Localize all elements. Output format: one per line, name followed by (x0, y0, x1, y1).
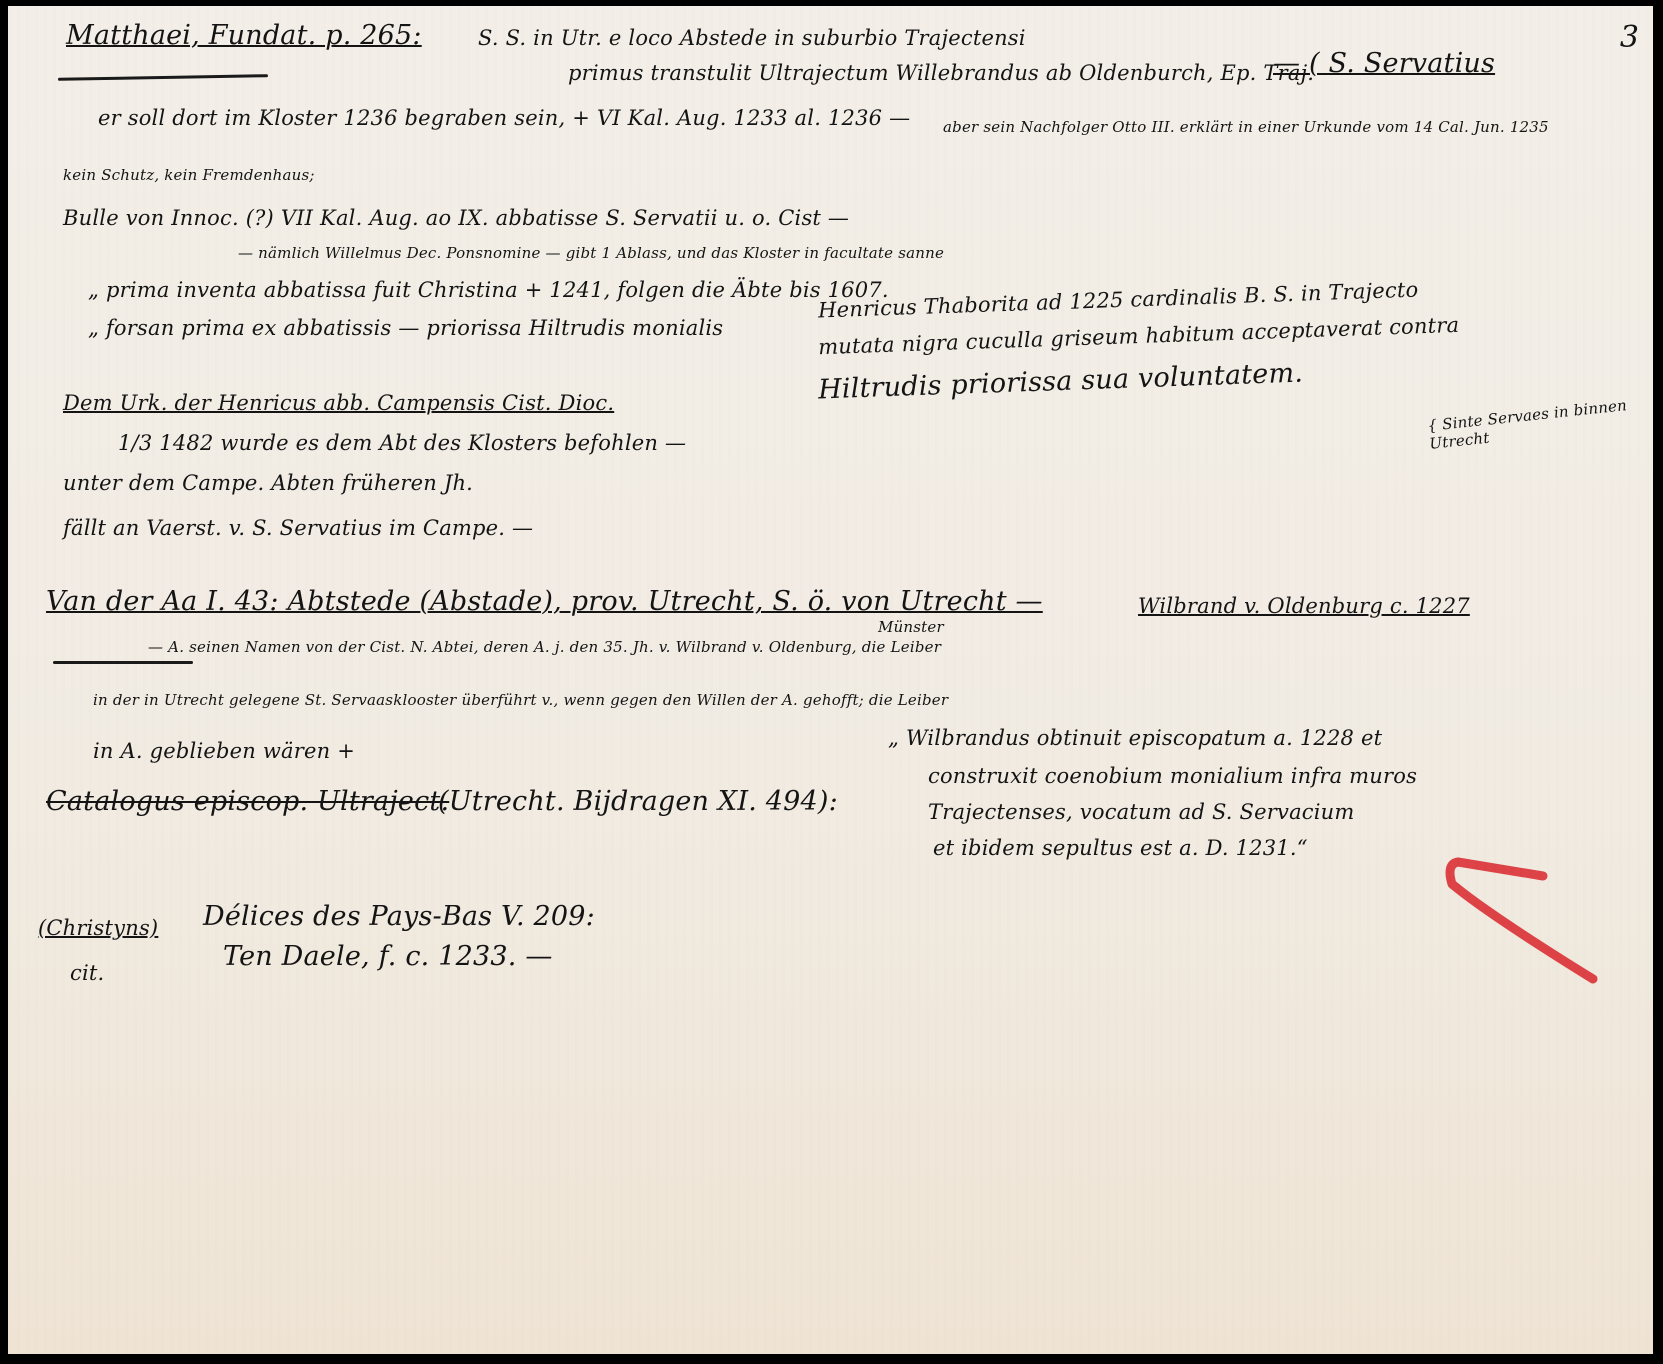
double-underline (58, 74, 268, 81)
text-line: er soll dort im Kloster 1236 begraben se… (98, 106, 910, 130)
text-line: construxit coenobium monialium infra mur… (928, 764, 1417, 788)
struck-source-catalogus: Catalogus episcop. Ultraject. (46, 786, 449, 817)
text-line: Dem Urk. der Henricus abb. Campensis Cis… (63, 391, 614, 415)
text-cit: cit. (70, 961, 104, 985)
text-line: in der in Utrecht gelegene St. Servaaskl… (93, 691, 948, 709)
source-heading-matthaei: Matthaei, Fundat. p. 265: (66, 20, 422, 51)
text-line: fällt an Vaerst. v. S. Servatius im Camp… (63, 516, 533, 540)
text-line: S. S. in Utr. e loco Abstede in suburbio… (478, 26, 1026, 50)
text-superscript: Münster (878, 618, 944, 636)
text-line: primus transtulit Ultrajectum Willebrand… (568, 61, 1314, 85)
double-underline (53, 661, 193, 664)
text-line: kein Schutz, kein Fremdenhaus; (63, 166, 315, 184)
text-line: et ibidem sepultus est a. D. 1231.“ (933, 836, 1308, 860)
source-delices: Délices des Pays-Bas V. 209: (203, 901, 595, 932)
text-christyns: (Christyns) (38, 916, 158, 940)
text-line: „ prima inventa abbatissa fuit Christina… (88, 278, 889, 302)
text-line: mutata nigra cuculla griseum habitum acc… (818, 313, 1460, 359)
text-line: 1/3 1482 wurde es dem Abt des Klosters b… (118, 431, 686, 455)
margin-note: { Sinte Servaes in binnen Utrecht (1427, 395, 1640, 453)
manuscript-page: 3 Matthaei, Fundat. p. 265: S. S. in Utr… (8, 6, 1653, 1354)
text-line: „ Wilbrandus obtinuit episcopatum a. 122… (888, 726, 1382, 750)
text-line: Wilbrand v. Oldenburg c. 1227 (1138, 594, 1470, 618)
text-line: unter dem Campe. Abten früheren Jh. (63, 471, 473, 495)
text-line: — nämlich Willelmus Dec. Ponsnomine — gi… (238, 244, 944, 262)
red-check-mark (1428, 854, 1608, 984)
text-line: Bulle von Innoc. (?) VII Kal. Aug. ao IX… (63, 206, 849, 230)
text-line: Trajectenses, vocatum ad S. Servacium (928, 800, 1355, 824)
torn-bottom-edge (0, 1354, 1663, 1364)
source-heading-van-der-aa: Van der Aa I. 43: Abtstede (Abstade), pr… (46, 586, 1043, 617)
page-number: 3 (1620, 20, 1639, 55)
text-line: Henricus Thaborita ad 1225 cardinalis B.… (818, 278, 1419, 323)
text-line: Hiltrudis priorissa sua voluntatem. (818, 358, 1304, 406)
text-line: „ forsan prima ex abbatissis — priorissa… (88, 316, 723, 340)
text-line: aber sein Nachfolger Otto III. erklärt i… (943, 118, 1549, 136)
title-s-servatius: — ( S. Servatius (1273, 48, 1495, 79)
source-utrecht-bijdragen: (Utrecht. Bijdragen XI. 494): (438, 786, 838, 817)
text-line: in A. geblieben wären + (93, 739, 355, 763)
text-line: — A. seinen Namen von der Cist. N. Abtei… (148, 638, 941, 656)
text-line: Ten Daele, f. c. 1233. — (223, 941, 553, 972)
